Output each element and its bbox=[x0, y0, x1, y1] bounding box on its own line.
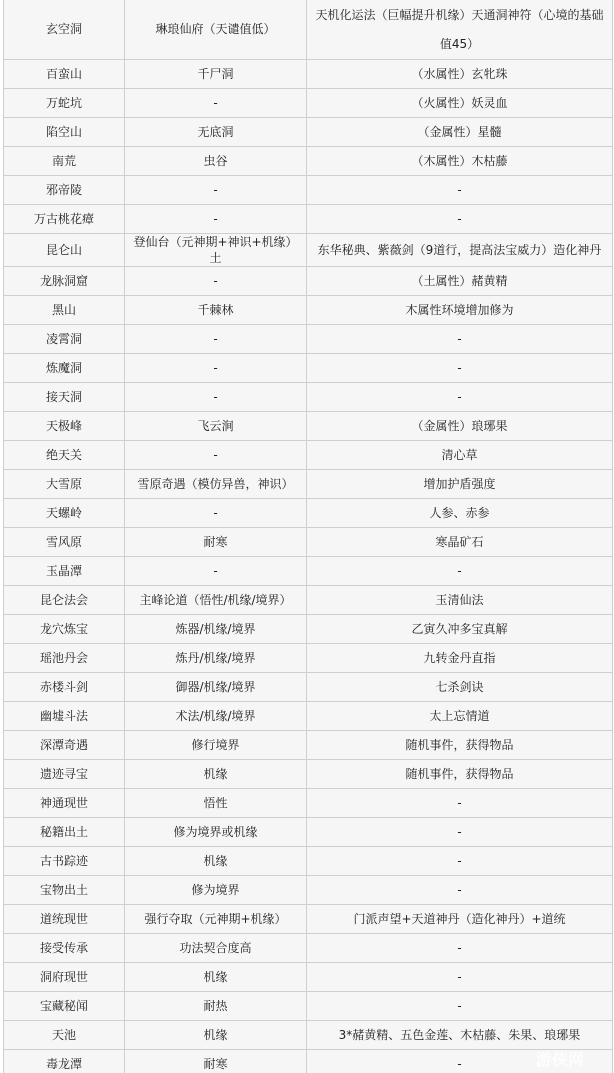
reward-cell: 3*赭黄精、五色金莲、木枯藤、朱果、琅琊果 bbox=[307, 1021, 613, 1050]
table-row: 昆仑法会主峰论道（悟性/机缘/境界）玉清仙法 bbox=[4, 586, 613, 615]
table-row: 赤楼斗剑御器/机缘/境界七杀剑诀 bbox=[4, 673, 613, 702]
reward-cell: 天机化运法（巨幅提升机缘）天通洞神符（心境的基础值45） bbox=[307, 0, 613, 60]
reward-cell: - bbox=[307, 789, 613, 818]
event-cell: - bbox=[125, 205, 307, 234]
table-row: 宝藏秘闻耐热- bbox=[4, 992, 613, 1021]
table-row: 道统现世强行夺取（元神期+机缘）门派声望+天道神丹（造化神丹）+道统 bbox=[4, 905, 613, 934]
table-row: 秘籍出土修为境界或机缘- bbox=[4, 818, 613, 847]
table-row: 神通现世悟性- bbox=[4, 789, 613, 818]
reward-cell: 玉清仙法 bbox=[307, 586, 613, 615]
table-row: 宝物出土修为境界- bbox=[4, 876, 613, 905]
event-cell: 术法/机缘/境界 bbox=[125, 702, 307, 731]
table-row: 万蛇坑-（火属性）妖灵血 bbox=[4, 89, 613, 118]
event-cell: 耐热 bbox=[125, 992, 307, 1021]
location-cell: 大雪原 bbox=[4, 470, 125, 499]
location-cell: 天极峰 bbox=[4, 412, 125, 441]
table-row: 幽墟斗法术法/机缘/境界太上忘情道 bbox=[4, 702, 613, 731]
event-cell: 御器/机缘/境界 bbox=[125, 673, 307, 702]
table-row: 百蛮山千尸洞（水属性）玄牝珠 bbox=[4, 60, 613, 89]
event-cell: 千尸洞 bbox=[125, 60, 307, 89]
reward-cell: - bbox=[307, 205, 613, 234]
reward-cell: 门派声望+天道神丹（造化神丹）+道统 bbox=[307, 905, 613, 934]
event-cell: 机缘 bbox=[125, 1021, 307, 1050]
reward-cell: （火属性）妖灵血 bbox=[307, 89, 613, 118]
table-row: 玄空洞琳琅仙府（天谴值低）天机化运法（巨幅提升机缘）天通洞神符（心境的基础值45… bbox=[4, 0, 613, 60]
event-cell: 登仙台（元神期+神识+机缘）土 bbox=[125, 234, 307, 267]
table-row: 南荒虫谷（木属性）木枯藤 bbox=[4, 147, 613, 176]
table-row: 龙穴炼宝炼器/机缘/境界乙寅久冲多宝真解 bbox=[4, 615, 613, 644]
table-row: 瑶池丹会炼丹/机缘/境界九转金丹直指 bbox=[4, 644, 613, 673]
reward-cell: - bbox=[307, 354, 613, 383]
location-cell: 秘籍出土 bbox=[4, 818, 125, 847]
location-cell: 瑶池丹会 bbox=[4, 644, 125, 673]
location-cell: 百蛮山 bbox=[4, 60, 125, 89]
location-cell: 昆仑山 bbox=[4, 234, 125, 267]
table-container: 玄空洞琳琅仙府（天谴值低）天机化运法（巨幅提升机缘）天通洞神符（心境的基础值45… bbox=[3, 0, 612, 1073]
reward-cell: - bbox=[307, 557, 613, 586]
table-row: 玉晶潭-- bbox=[4, 557, 613, 586]
reward-cell: - bbox=[307, 963, 613, 992]
event-cell: - bbox=[125, 557, 307, 586]
reward-cell: 随机事件，获得物品 bbox=[307, 760, 613, 789]
location-cell: 邪帝陵 bbox=[4, 176, 125, 205]
event-cell: 耐寒 bbox=[125, 1050, 307, 1073]
table-row: 大雪原雪原奇遇（模仿异兽，神识）增加护盾强度 bbox=[4, 470, 613, 499]
reward-cell: 九转金丹直指 bbox=[307, 644, 613, 673]
location-cell: 陷空山 bbox=[4, 118, 125, 147]
event-cell: - bbox=[125, 89, 307, 118]
location-cell: 黑山 bbox=[4, 296, 125, 325]
location-cell: 龙脉洞窟 bbox=[4, 267, 125, 296]
reward-cell: 木属性环境增加修为 bbox=[307, 296, 613, 325]
location-cell: 天螺岭 bbox=[4, 499, 125, 528]
location-cell: 炼魔洞 bbox=[4, 354, 125, 383]
location-cell: 幽墟斗法 bbox=[4, 702, 125, 731]
location-cell: 玄空洞 bbox=[4, 0, 125, 60]
location-table: 玄空洞琳琅仙府（天谴值低）天机化运法（巨幅提升机缘）天通洞神符（心境的基础值45… bbox=[3, 0, 613, 1073]
location-cell: 道统现世 bbox=[4, 905, 125, 934]
event-cell: 虫谷 bbox=[125, 147, 307, 176]
table-row: 雪风原耐寒寒晶矿石 bbox=[4, 528, 613, 557]
event-cell: 飞云涧 bbox=[125, 412, 307, 441]
event-cell: - bbox=[125, 267, 307, 296]
table-row: 邪帝陵-- bbox=[4, 176, 613, 205]
location-cell: 神通现世 bbox=[4, 789, 125, 818]
table-row: 绝天关-清心草 bbox=[4, 441, 613, 470]
reward-cell: 增加护盾强度 bbox=[307, 470, 613, 499]
reward-cell: 东华秘典、紫薇剑（9道行，提高法宝威力）造化神丹 bbox=[307, 234, 613, 267]
table-row: 昆仑山登仙台（元神期+神识+机缘）土东华秘典、紫薇剑（9道行，提高法宝威力）造化… bbox=[4, 234, 613, 267]
event-cell: 琳琅仙府（天谴值低） bbox=[125, 0, 307, 60]
event-cell: 炼器/机缘/境界 bbox=[125, 615, 307, 644]
event-cell: - bbox=[125, 176, 307, 205]
event-cell: - bbox=[125, 325, 307, 354]
location-cell: 深潭奇遇 bbox=[4, 731, 125, 760]
event-cell: 修为境界 bbox=[125, 876, 307, 905]
reward-cell: - bbox=[307, 176, 613, 205]
reward-cell: （土属性）赭黄精 bbox=[307, 267, 613, 296]
location-cell: 南荒 bbox=[4, 147, 125, 176]
location-cell: 昆仑法会 bbox=[4, 586, 125, 615]
reward-cell: - bbox=[307, 325, 613, 354]
reward-cell: 人参、赤参 bbox=[307, 499, 613, 528]
table-row: 凌霄洞-- bbox=[4, 325, 613, 354]
event-cell: - bbox=[125, 499, 307, 528]
location-cell: 宝物出土 bbox=[4, 876, 125, 905]
event-cell: 悟性 bbox=[125, 789, 307, 818]
table-row: 炼魔洞-- bbox=[4, 354, 613, 383]
event-cell: 修行境界 bbox=[125, 731, 307, 760]
location-cell: 雪风原 bbox=[4, 528, 125, 557]
event-cell: 炼丹/机缘/境界 bbox=[125, 644, 307, 673]
event-cell: 主峰论道（悟性/机缘/境界） bbox=[125, 586, 307, 615]
table-row: 毒龙潭耐寒- bbox=[4, 1050, 613, 1073]
location-cell: 遗迹寻宝 bbox=[4, 760, 125, 789]
reward-cell: - bbox=[307, 818, 613, 847]
location-cell: 万古桃花瘴 bbox=[4, 205, 125, 234]
event-cell: 机缘 bbox=[125, 760, 307, 789]
event-cell: 功法契合度高 bbox=[125, 934, 307, 963]
table-row: 天池机缘3*赭黄精、五色金莲、木枯藤、朱果、琅琊果 bbox=[4, 1021, 613, 1050]
reward-cell: 清心草 bbox=[307, 441, 613, 470]
location-cell: 万蛇坑 bbox=[4, 89, 125, 118]
table-row: 天螺岭-人参、赤参 bbox=[4, 499, 613, 528]
location-cell: 天池 bbox=[4, 1021, 125, 1050]
event-cell: 无底洞 bbox=[125, 118, 307, 147]
reward-cell: 寒晶矿石 bbox=[307, 528, 613, 557]
table-row: 接受传承功法契合度高- bbox=[4, 934, 613, 963]
reward-cell: - bbox=[307, 383, 613, 412]
event-cell: 千棘林 bbox=[125, 296, 307, 325]
table-row: 黑山千棘林木属性环境增加修为 bbox=[4, 296, 613, 325]
location-cell: 绝天关 bbox=[4, 441, 125, 470]
table-row: 遗迹寻宝机缘随机事件，获得物品 bbox=[4, 760, 613, 789]
table-row: 接天洞-- bbox=[4, 383, 613, 412]
event-cell: 强行夺取（元神期+机缘） bbox=[125, 905, 307, 934]
watermark: 游侠网 bbox=[536, 1047, 606, 1069]
table-row: 深潭奇遇修行境界随机事件，获得物品 bbox=[4, 731, 613, 760]
reward-cell: 随机事件，获得物品 bbox=[307, 731, 613, 760]
location-cell: 赤楼斗剑 bbox=[4, 673, 125, 702]
reward-cell: - bbox=[307, 934, 613, 963]
location-cell: 宝藏秘闻 bbox=[4, 992, 125, 1021]
reward-cell: （水属性）玄牝珠 bbox=[307, 60, 613, 89]
table-row: 洞府现世机缘- bbox=[4, 963, 613, 992]
table-body: 玄空洞琳琅仙府（天谴值低）天机化运法（巨幅提升机缘）天通洞神符（心境的基础值45… bbox=[4, 0, 613, 1073]
table-row: 龙脉洞窟-（土属性）赭黄精 bbox=[4, 267, 613, 296]
reward-cell: 乙寅久冲多宝真解 bbox=[307, 615, 613, 644]
table-row: 万古桃花瘴-- bbox=[4, 205, 613, 234]
reward-cell: 太上忘情道 bbox=[307, 702, 613, 731]
table-row: 陷空山无底洞（金属性）星髓 bbox=[4, 118, 613, 147]
location-cell: 接受传承 bbox=[4, 934, 125, 963]
event-cell: 雪原奇遇（模仿异兽，神识） bbox=[125, 470, 307, 499]
event-cell: 修为境界或机缘 bbox=[125, 818, 307, 847]
reward-cell: （木属性）木枯藤 bbox=[307, 147, 613, 176]
reward-cell: （金属性）星髓 bbox=[307, 118, 613, 147]
reward-cell: - bbox=[307, 876, 613, 905]
location-cell: 玉晶潭 bbox=[4, 557, 125, 586]
table-row: 天极峰飞云涧（金属性）琅琊果 bbox=[4, 412, 613, 441]
location-cell: 古书踪迹 bbox=[4, 847, 125, 876]
location-cell: 毒龙潭 bbox=[4, 1050, 125, 1073]
event-cell: 机缘 bbox=[125, 963, 307, 992]
table-row: 古书踪迹机缘- bbox=[4, 847, 613, 876]
event-cell: 耐寒 bbox=[125, 528, 307, 557]
event-cell: - bbox=[125, 383, 307, 412]
location-cell: 接天洞 bbox=[4, 383, 125, 412]
reward-cell: - bbox=[307, 992, 613, 1021]
event-cell: - bbox=[125, 354, 307, 383]
location-cell: 凌霄洞 bbox=[4, 325, 125, 354]
reward-cell: 七杀剑诀 bbox=[307, 673, 613, 702]
event-cell: 机缘 bbox=[125, 847, 307, 876]
location-cell: 洞府现世 bbox=[4, 963, 125, 992]
reward-cell: - bbox=[307, 847, 613, 876]
reward-cell: （金属性）琅琊果 bbox=[307, 412, 613, 441]
location-cell: 龙穴炼宝 bbox=[4, 615, 125, 644]
event-cell: - bbox=[125, 441, 307, 470]
